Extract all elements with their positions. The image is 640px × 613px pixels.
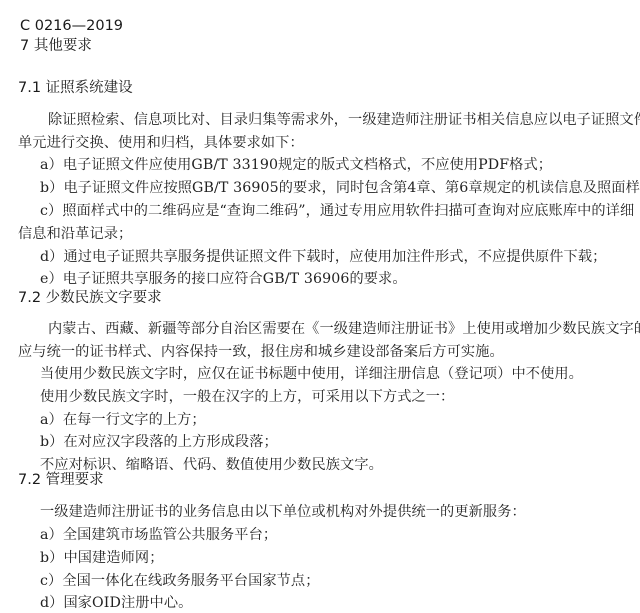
list-item: b）电子证照文件应按照GB/T 36905的要求，同时包含第4章、第6章规定的机… xyxy=(40,178,640,198)
list-item: a）电子证照文件应使用GB/T 33190规定的版式文档格式，不应使用PDF格式… xyxy=(40,155,552,175)
section-7-2-title: 7.2 少数民族文字要求 xyxy=(18,288,162,308)
section-management-title: 7.2 管理要求 xyxy=(18,470,104,490)
list-item: e）电子证照共享服务的接口应符合GB/T 36906的要求。 xyxy=(40,269,407,289)
doc-code: C 0216—2019 xyxy=(20,16,123,36)
paragraph-line: 除证照检索、信息项比对、目录归集等需求外，一级建造师注册证书相关信息应以电子证照… xyxy=(48,110,640,130)
section-7-1-title: 7.1 证照系统建设 xyxy=(18,78,133,98)
list-item: d）通过电子证照共享服务提供证照文件下载时，应使用加注件形式，不应提供原件下载； xyxy=(40,247,606,267)
paragraph-line: 信息和沿革记录； xyxy=(18,224,132,244)
paragraph-line: 使用少数民族文字时，一般在汉字的上方，可采用以下方式之一： xyxy=(40,387,454,407)
list-item: b）中国建造师网； xyxy=(40,548,163,568)
list-item: a）在每一行文字的上方； xyxy=(40,410,206,430)
list-item: d）国家OID注册中心。 xyxy=(40,593,192,613)
paragraph-line: 内蒙古、西藏、新疆等部分自治区需要在《一级建造师注册证书》上使用或增加少数民族文… xyxy=(48,319,640,339)
paragraph-line: 应与统一的证书样式、内容保持一致，报住房和城乡建设部备案后方可实施。 xyxy=(18,342,504,362)
paragraph-line: 当使用少数民族文字时，应仅在证书标题中使用，详细注册信息（登记项）中不使用。 xyxy=(40,364,583,384)
paragraph-line: 单元进行交换、使用和归档，具体要求如下： xyxy=(18,133,304,153)
list-item: c）照面样式中的二维码应是“查询二维码”，通过专用应用软件扫描可查询对应底账库中… xyxy=(40,201,634,221)
list-item: a）全国建筑市场监管公共服务平台； xyxy=(40,525,277,545)
paragraph-line: 一级建造师注册证书的业务信息由以下单位或机构对外提供统一的更新服务： xyxy=(40,502,526,522)
list-item: b）在对应汉字段落的上方形成段落； xyxy=(40,432,278,452)
list-item: c）全国一体化在线政务服务平台国家节点； xyxy=(40,571,320,591)
chapter-heading: 7 其他要求 xyxy=(20,36,92,56)
